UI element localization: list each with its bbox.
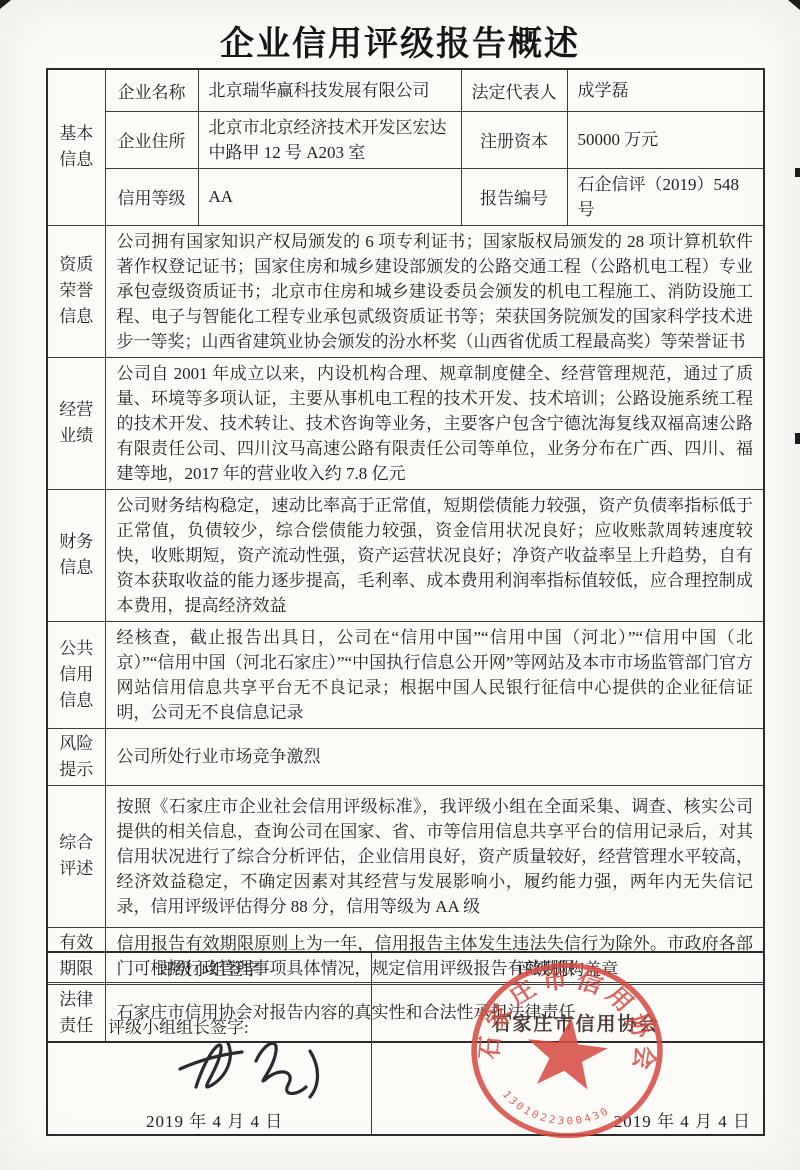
table-row: 资质荣誉信息 公司拥有国家知识产权局颁发的 6 项专利证书；国家版权局颁发的 2… — [47, 225, 764, 357]
signoff-right-header: 评级机构盖章 — [371, 952, 764, 983]
signoff-table: 评级小组签字 评级机构盖章 评级小组组长签字: 2019 年 4 月 4 日 — [46, 951, 765, 1136]
table-row: 财务信息 公司财务结构稳定，速动比率高于正常值，短期偿债能力较强，资产负债率指标… — [47, 489, 764, 621]
scan-artifact — [795, 168, 800, 177]
scan-artifact — [795, 433, 800, 444]
section-content-risk-warning: 公司所处行业市场竞争激烈 — [105, 728, 764, 785]
seal-date: 2019 年 4 月 4 日 — [614, 1107, 751, 1132]
table-row: 公共信用信息 经核查，截止报告出具日，公司在“信用中国”“信用中国（河北）”“信… — [47, 621, 764, 728]
section-label-comprehensive-review: 综合评述 — [47, 785, 105, 927]
field-label-legal-representative: 法定代表人 — [461, 69, 567, 111]
table-row: 评级小组组长签字: 2019 年 4 月 4 日 石家庄市信用协会 2019 年… — [47, 983, 764, 1135]
credit-report-page: 企业信用评级报告概述 基本信息 企业名称 北京瑞华赢科技发展有限公司 法定代表人… — [0, 0, 800, 1170]
section-label-basic-info: 基本信息 — [47, 69, 105, 225]
table-row: 信用等级 AA 报告编号 石企信评（2019）548 号 — [47, 168, 764, 225]
field-value-report-number: 石企信评（2019）548 号 — [567, 168, 764, 225]
scan-artifact — [788, 0, 800, 10]
section-label-public-credit: 公共信用信息 — [47, 621, 105, 728]
section-label-business-performance: 经营业绩 — [47, 357, 105, 489]
table-row: 基本信息 企业名称 北京瑞华赢科技发展有限公司 法定代表人 成学磊 — [47, 69, 764, 111]
field-value-credit-rating: AA — [198, 168, 461, 225]
section-label-financial-info: 财务信息 — [47, 489, 105, 621]
field-label-report-number: 报告编号 — [461, 168, 567, 225]
section-content-qualifications: 公司拥有国家知识产权局颁发的 6 项专利证书；国家版权局颁发的 28 项计算机软… — [105, 225, 764, 357]
table-row: 企业住所 北京市北京经济技术开发区宏达中路甲 12 号 A203 室 注册资本 … — [47, 111, 764, 168]
signature-cell: 评级小组组长签字: 2019 年 4 月 4 日 — [47, 983, 371, 1135]
table-row: 评级小组签字 评级机构盖章 — [47, 952, 764, 983]
signoff-left-header: 评级小组签字 — [47, 952, 371, 983]
section-content-public-credit: 经核查，截止报告出具日，公司在“信用中国”“信用中国（河北）”“信用中国（北京）… — [105, 621, 764, 728]
report-table: 基本信息 企业名称 北京瑞华赢科技发展有限公司 法定代表人 成学磊 企业住所 北… — [46, 68, 765, 1043]
table-row: 经营业绩 公司自 2001 年成立以来，内设机构合理、规章制度健全、经营管理规范… — [47, 357, 764, 489]
scan-artifact — [0, 0, 11, 9]
field-label-credit-rating: 信用等级 — [105, 168, 198, 225]
field-value-company-address: 北京市北京经济技术开发区宏达中路甲 12 号 A203 室 — [198, 111, 461, 168]
table-row: 风险提示 公司所处行业市场竞争激烈 — [47, 728, 764, 785]
section-label-risk-warning: 风险提示 — [47, 728, 105, 785]
section-content-business-performance: 公司自 2001 年成立以来，内设机构合理、规章制度健全、经营管理规范，通过了质… — [105, 357, 764, 489]
page-title: 企业信用评级报告概述 — [0, 16, 800, 65]
section-content-financial-info: 公司财务结构稳定，速动比率高于正常值，短期偿债能力较强，资产负债率指标低于正常值… — [105, 489, 764, 621]
rating-agency-name: 石家庄市信用协会 — [492, 1009, 660, 1036]
section-label-qualifications: 资质荣誉信息 — [47, 225, 105, 357]
signature-date: 2019 年 4 月 4 日 — [146, 1107, 283, 1132]
table-row: 综合评述 按照《石家庄市企业社会信用评级标准》，我评级小组在全面采集、调查、核实… — [47, 785, 764, 927]
handwritten-signature — [170, 1027, 350, 1107]
section-content-comprehensive-review: 按照《石家庄市企业社会信用评级标准》，我评级小组在全面采集、调查、核实公司提供的… — [105, 785, 764, 927]
field-label-company-name: 企业名称 — [105, 69, 198, 111]
field-value-registered-capital: 50000 万元 — [567, 111, 764, 168]
field-label-registered-capital: 注册资本 — [461, 111, 567, 168]
seal-cell: 石家庄市信用协会 2019 年 4 月 4 日 — [371, 983, 764, 1135]
field-value-legal-representative: 成学磊 — [567, 69, 764, 111]
field-label-company-address: 企业住所 — [105, 111, 198, 168]
field-value-company-name: 北京瑞华赢科技发展有限公司 — [198, 69, 461, 111]
